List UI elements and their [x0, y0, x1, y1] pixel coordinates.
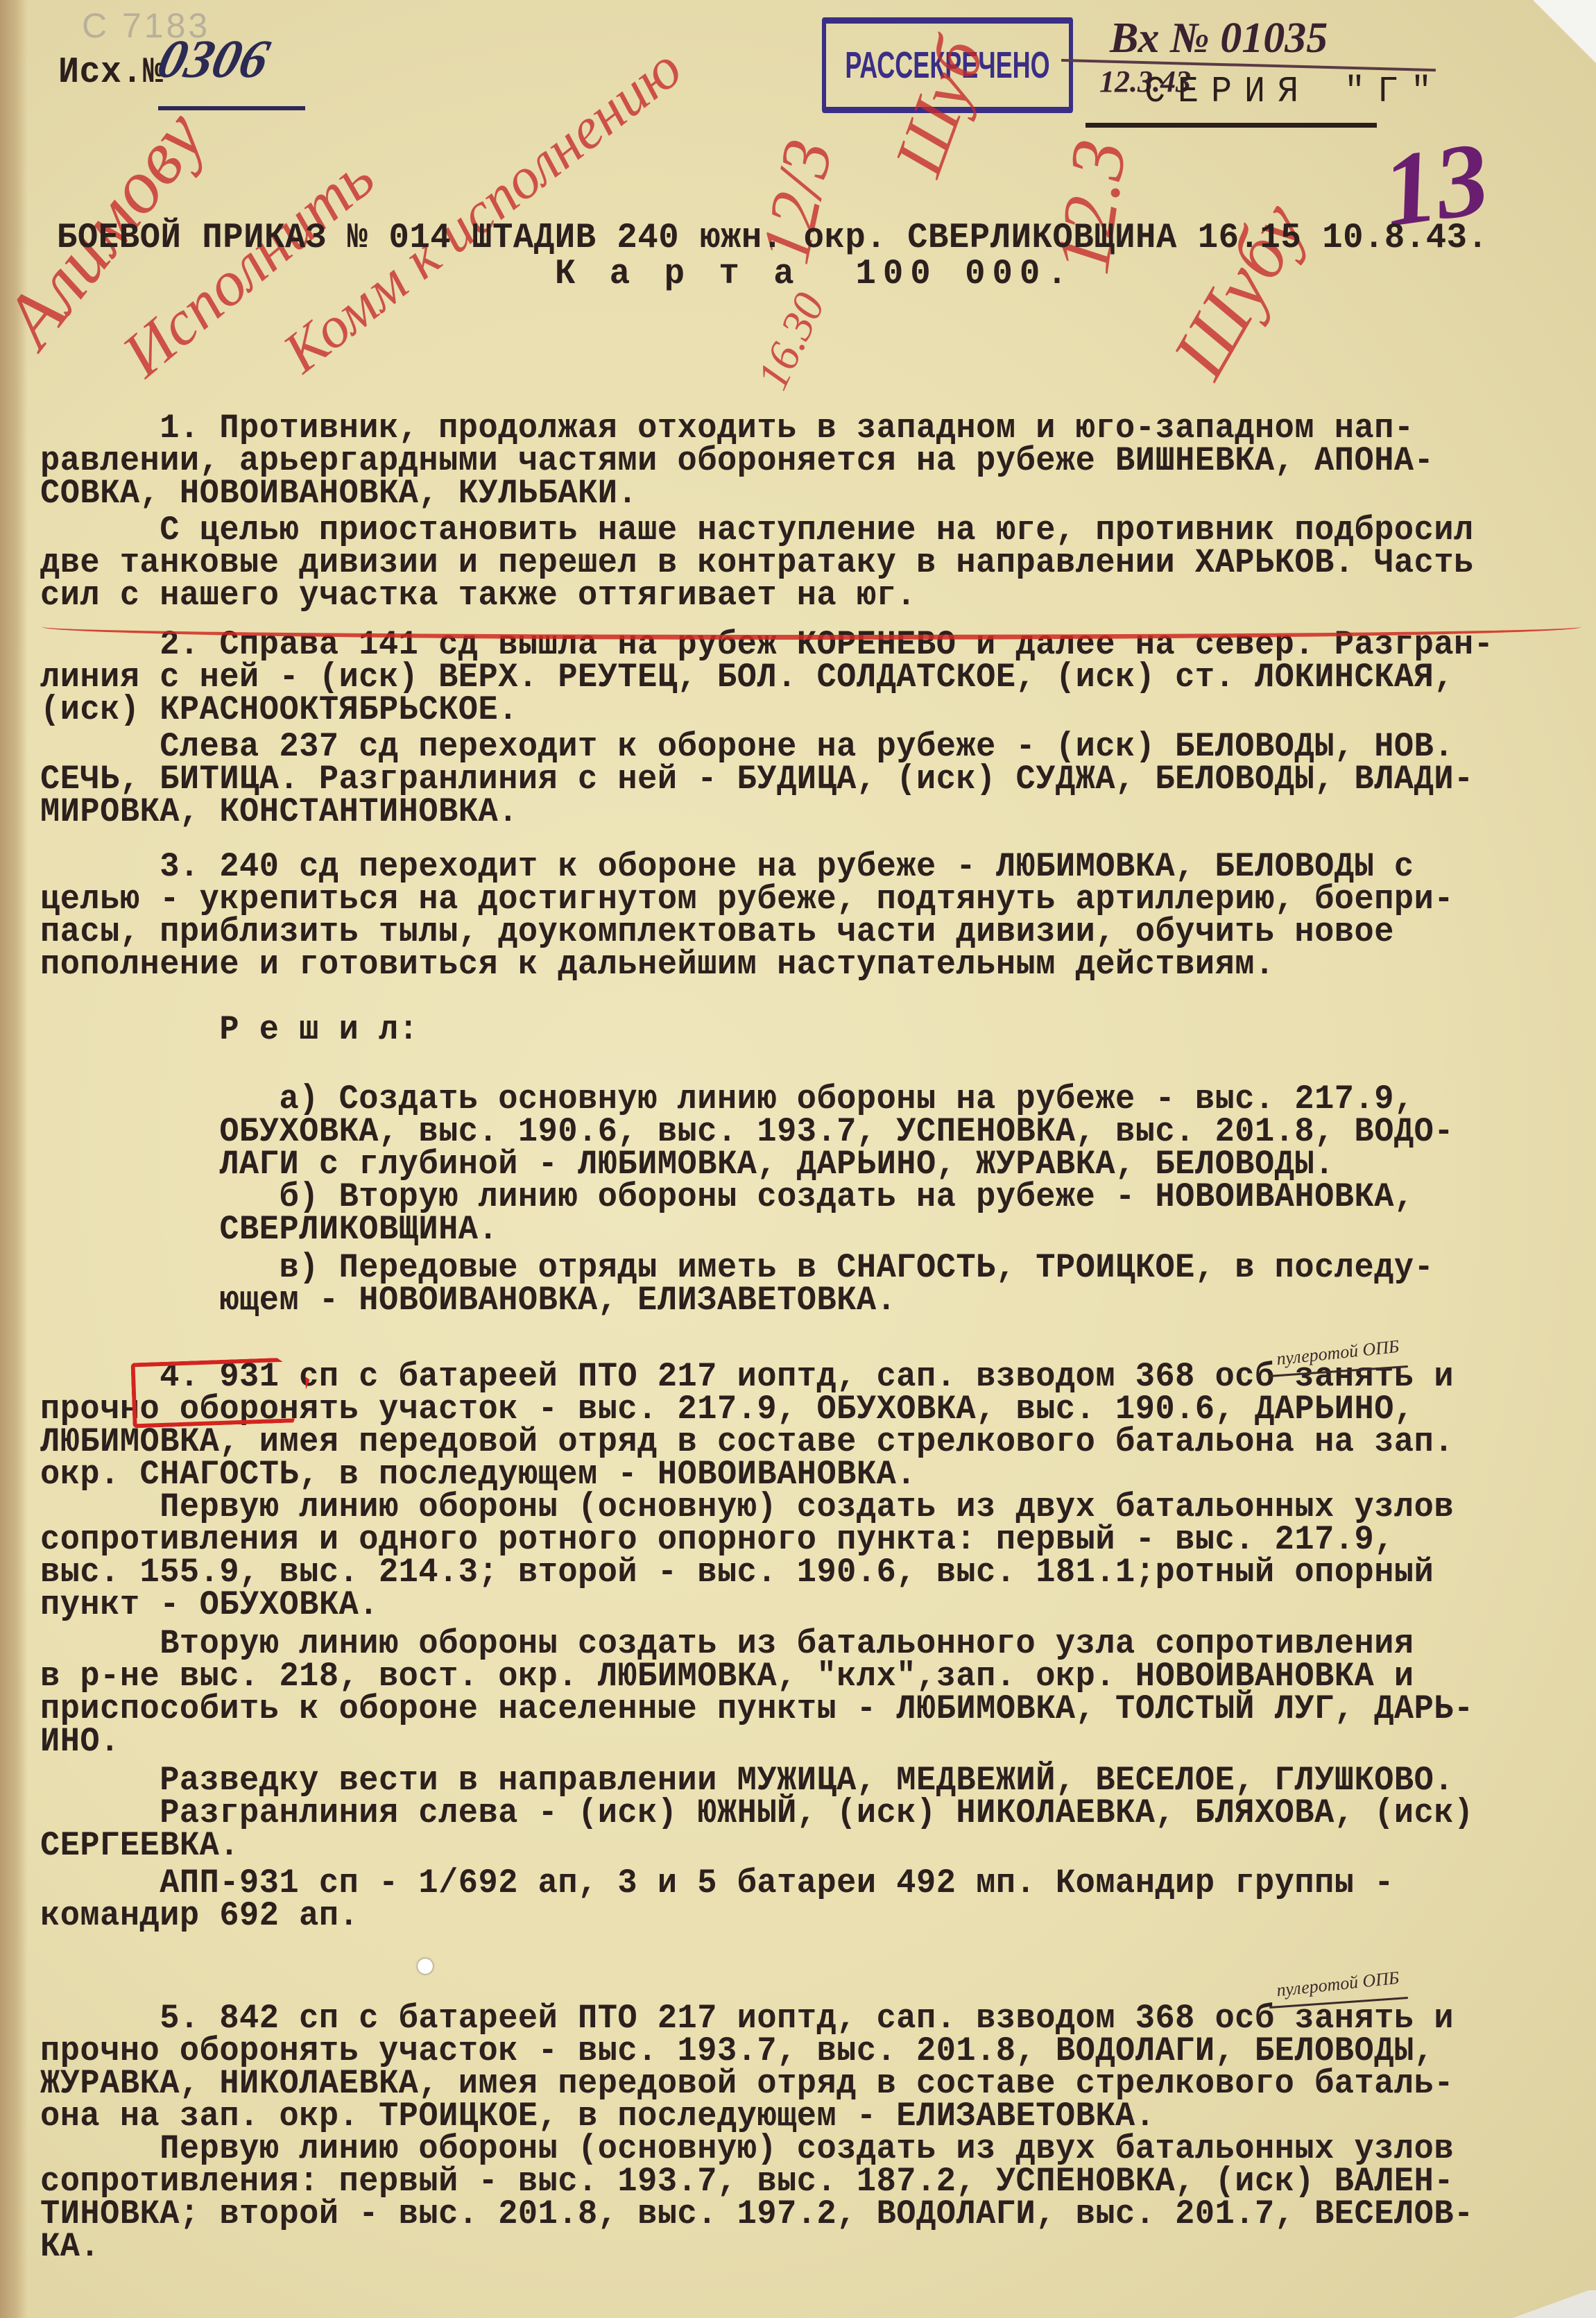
- body-text-line: сопротивления и одного ротного опорного …: [40, 1523, 1394, 1557]
- body-text-line: С целью приостановить наше наступление н…: [40, 513, 1474, 547]
- body-text-line: прочно оборонять участок - выс. 193.7, в…: [40, 2034, 1434, 2068]
- red-pencil-underline: [42, 614, 1581, 640]
- body-text-line: Разведку вести в направлении МУЖИЦА, МЕД…: [40, 1764, 1454, 1798]
- body-text-line: (иск) КРАСНООКТЯБРЬСКОЕ.: [40, 693, 518, 727]
- document-page: С 7183 Исх.№ 0306 РАССЕКРЕЧЕНО Вх № 0103…: [0, 0, 1596, 2318]
- body-text-line: МИРОВКА, КОНСТАНТИНОВКА.: [40, 795, 518, 829]
- body-text-line: КА.: [40, 2230, 100, 2264]
- margin-note-section-5: пулеротой ОПБ: [1276, 1968, 1400, 2001]
- body-text-line: пункт - ОБУХОВКА.: [40, 1588, 379, 1622]
- body-text-line: она на зап. окр. ТРОИЦКОЕ, в последующем…: [40, 2099, 1155, 2133]
- body-text-line: сопротивления: первый - выс. 193.7, выс.…: [40, 2165, 1454, 2199]
- body-text-line: а) Создать основную линию обороны на руб…: [40, 1082, 1414, 1116]
- body-text-line: пополнение и готовиться к дальнейшим нас…: [40, 948, 1275, 982]
- body-text-line: в р-не выс. 218, вост. окр. ЛЮБИМОВКА, "…: [40, 1660, 1414, 1694]
- body-text-line: б) Вторую линию обороны создать на рубеж…: [40, 1180, 1414, 1214]
- page-left-edge: [0, 0, 28, 2318]
- body-text-line: ОБУХОВКА, выс. 190.6, выс. 193.7, УСПЕНО…: [40, 1115, 1454, 1149]
- red-note-time: 16.30: [746, 285, 835, 398]
- body-text-line: Слева 237 сд переходит к обороне на рубе…: [40, 730, 1454, 764]
- body-text-line: в) Передовые отряды иметь в СНАГОСТЬ, ТР…: [40, 1251, 1434, 1285]
- body-text-line: равлении, арьергардными частями обороняе…: [40, 444, 1434, 478]
- body-text-line: ТИНОВКА; второй - выс. 201.8, выс. 197.2…: [40, 2197, 1474, 2231]
- body-text-line: приспособить к обороне населенные пункты…: [40, 1692, 1474, 1726]
- body-text-line: СОВКА, НОВОИВАНОВКА, КУЛЬБАКИ.: [40, 477, 637, 511]
- body-text-line: 3. 240 сд переходит к обороне на рубеже …: [40, 850, 1414, 884]
- body-text-line: ИНО.: [40, 1725, 120, 1759]
- series-label: СЕРИЯ "Г": [1144, 75, 1444, 109]
- body-text-line: Разгранлиния слева - (иск) ЮЖНЫЙ, (иск) …: [40, 1796, 1474, 1830]
- body-text-line: СЕРГЕЕВКА.: [40, 1829, 239, 1863]
- body-text-line: пасы, приблизить тылы, доукомплектовать …: [40, 915, 1394, 949]
- torn-corner-bottom-right: [1485, 2290, 1596, 2318]
- body-text-line: ющем - НОВОИВАНОВКА, ЕЛИЗАВЕТОВКА.: [40, 1284, 896, 1318]
- body-text-line: ЖУРАВКА, НИКОЛАЕВКА, имея передовой отря…: [40, 2067, 1454, 2101]
- order-title: БОЕВОЙ ПРИКАЗ № 014 ШТАДИВ 240 южн. окр.…: [57, 221, 1488, 255]
- body-text-line: целью - укрепиться на достигнутом рубеже…: [40, 883, 1454, 917]
- body-text-line: ЛЮБИМОВКА, имея передовой отряд в состав…: [40, 1425, 1454, 1459]
- body-text-line: СВЕРЛИКОВЩИНА.: [40, 1213, 498, 1247]
- body-text-line: Первую линию обороны (основную) создать …: [40, 2132, 1454, 2166]
- body-text-line: Р е ш и л:: [40, 1013, 418, 1047]
- torn-corner-top-right: [1534, 0, 1596, 76]
- outgoing-label: Исх.№: [58, 56, 164, 90]
- punch-hole: [418, 1959, 433, 1974]
- body-text-line: 1. Противник, продолжая отходить в запад…: [40, 411, 1414, 445]
- body-text-line: СЕЧЬ, БИТИЦА. Разгранлиния с ней - БУДИЦ…: [40, 762, 1474, 796]
- outgoing-number-underline: [158, 106, 305, 110]
- red-pencil-box-931: [130, 1357, 311, 1429]
- series-underline: [1086, 123, 1377, 128]
- body-text-line: две танковые дивизии и перешел в контрат…: [40, 546, 1474, 580]
- body-text-line: ЛАГИ с глубиной - ЛЮБИМОВКА, ДАРЬИНО, ЖУ…: [40, 1148, 1335, 1182]
- body-text-line: сил с нашего участка также оттягивает на…: [40, 579, 916, 613]
- body-text-line: выс. 155.9, выс. 214.3; второй - выс. 19…: [40, 1556, 1434, 1590]
- body-text-line: линия с ней - (иск) ВЕРХ. РЕУТЕЦ, БОЛ. С…: [40, 661, 1454, 694]
- incoming-number: Вх № 01035: [1110, 14, 1328, 63]
- map-scale: К а р т а 100 000.: [555, 257, 1074, 291]
- body-text-line: 5. 842 сп с батареей ПТО 217 иоптд, сап.…: [40, 2002, 1454, 2036]
- body-text-line: АПП-931 сп - 1/692 ап, 3 и 5 батареи 492…: [40, 1866, 1394, 1900]
- outgoing-number: 0306: [152, 28, 275, 90]
- body-text-line: Вторую линию обороны создать из батальон…: [40, 1627, 1414, 1661]
- body-text-line: Первую линию обороны (основную) создать …: [40, 1490, 1454, 1524]
- body-text-line: окр. СНАГОСТЬ, в последующем - НОВОИВАНО…: [40, 1458, 916, 1492]
- body-text-line: командир 692 ап.: [40, 1899, 359, 1933]
